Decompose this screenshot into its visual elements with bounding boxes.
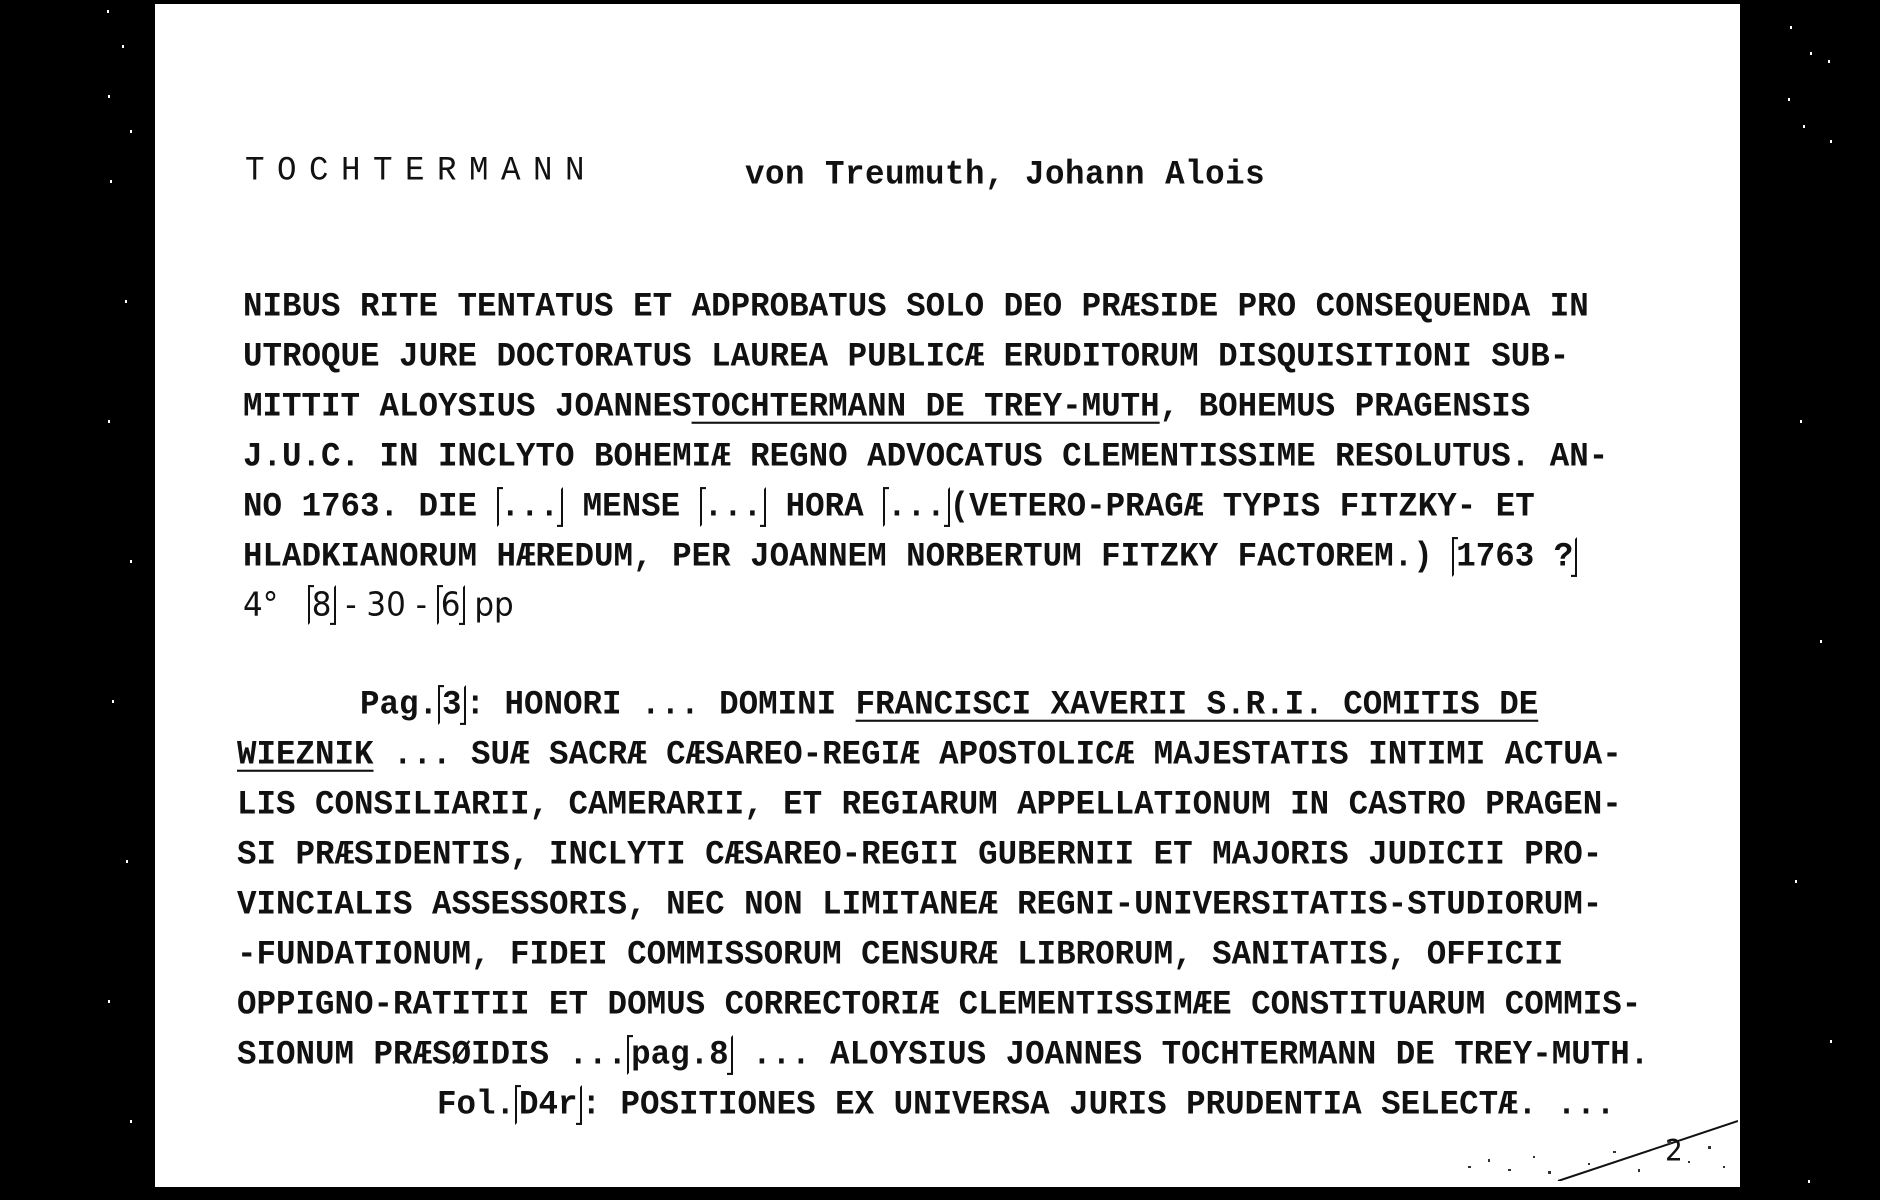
- contents-line-4: SI PRÆSIDENTIS, INCLYTI CÆSAREO-REGII GU…: [237, 834, 1602, 876]
- bracket-day: ...: [497, 487, 564, 527]
- text: Fol.: [437, 1085, 515, 1124]
- text: - 30 -: [336, 586, 437, 624]
- bracket-prelims: 8: [308, 585, 336, 625]
- description-line-5: NO 1763. DIE ... MENSE ... HORA ...(VETE…: [243, 486, 1535, 528]
- contents-line-5: VINCIALIS ASSESSORIS, NEC NON LIMITANEÆ …: [237, 884, 1602, 926]
- collation-line: 4° 8 - 30 - 6 pp: [243, 584, 514, 626]
- text: MENSE: [563, 487, 700, 526]
- text: pp: [465, 586, 514, 624]
- text: , BOHEMUS PRAGENSIS: [1160, 387, 1531, 426]
- bracket-folio: D4r: [515, 1085, 582, 1125]
- description-line-1: NIBUS RITE TENTATUS ET ADPROBATUS SOLO D…: [243, 286, 1589, 328]
- underlined-author: TOCHTERMANN DE TREY-MUTH: [692, 387, 1160, 426]
- text: ... SUÆ SACRÆ CÆSAREO-REGIÆ APOSTOLICÆ M…: [374, 735, 1622, 774]
- scan-smudge-icon: [1438, 1111, 1738, 1181]
- entry-given-name: von Treumuth, Johann Alois: [745, 154, 1265, 196]
- description-line-6: HLADKIANORUM HÆREDUM, PER JOANNEM NORBER…: [243, 536, 1577, 578]
- contents-line-3: LIS CONSILIARII, CAMERARII, ET REGIARUM …: [237, 784, 1622, 826]
- text: (VETERO-PRAGÆ TYPIS FITZKY- ET: [950, 487, 1535, 526]
- bracket-month: ...: [700, 487, 767, 527]
- contents-line-2: WIEZNIK ... SUÆ SACRÆ CÆSAREO-REGIÆ APOS…: [237, 734, 1622, 776]
- contents-line-1: Pag.3: HONORI ... DOMINI FRANCISCI XAVER…: [360, 684, 1538, 726]
- description-line-3: MITTIT ALOYSIUS JOANNESTOCHTERMANN DE TR…: [243, 386, 1530, 428]
- text: Pag.: [360, 685, 438, 724]
- description-line-2: UTROQUE JURE DOCTORATUS LAUREA PUBLICÆ E…: [243, 336, 1569, 378]
- catalog-card-page: TOCHTERMANN von Treumuth, Johann Alois N…: [155, 4, 1740, 1187]
- bracket-hour: ...: [883, 487, 950, 527]
- underlined-dedicatee: FRANCISCI XAVERII S.R.I. COMITIS DE: [856, 685, 1539, 724]
- description-line-4: J.U.C. IN INCLYTO BOHEMIÆ REGNO ADVOCATU…: [243, 436, 1608, 478]
- bracket-page-8: pag.8: [627, 1035, 733, 1075]
- bracket-date: 1763 ?: [1452, 537, 1577, 577]
- text: MITTIT ALOYSIUS JOANNES: [243, 387, 692, 426]
- underlined-place: WIEZNIK: [237, 735, 374, 774]
- text: NO 1763. DIE: [243, 487, 497, 526]
- text: ... ALOYSIUS JOANNES TOCHTERMANN DE TREY…: [733, 1035, 1650, 1074]
- text: HORA: [766, 487, 883, 526]
- contents-line-6: -FUNDATIONUM, FIDEI COMMISSORUM CENSURÆ …: [237, 934, 1563, 976]
- bracket-page-ref: 3: [438, 685, 466, 725]
- contents-line-8: SIONUM PRÆSØIDIS ...pag.8 ... ALOYSIUS J…: [237, 1034, 1649, 1076]
- text: HLADKIANORUM HÆREDUM, PER JOANNEM NORBER…: [243, 537, 1452, 576]
- bracket-end: 6: [437, 585, 465, 625]
- text: : HONORI ... DOMINI: [466, 685, 856, 724]
- format: 4°: [243, 586, 278, 624]
- text: SIONUM PRÆSØIDIS ...: [237, 1035, 627, 1074]
- entry-surname: TOCHTERMANN: [245, 150, 597, 192]
- contents-line-7: OPPIGNO-RATITII ET DOMUS CORRECTORIÆ CLE…: [237, 984, 1641, 1026]
